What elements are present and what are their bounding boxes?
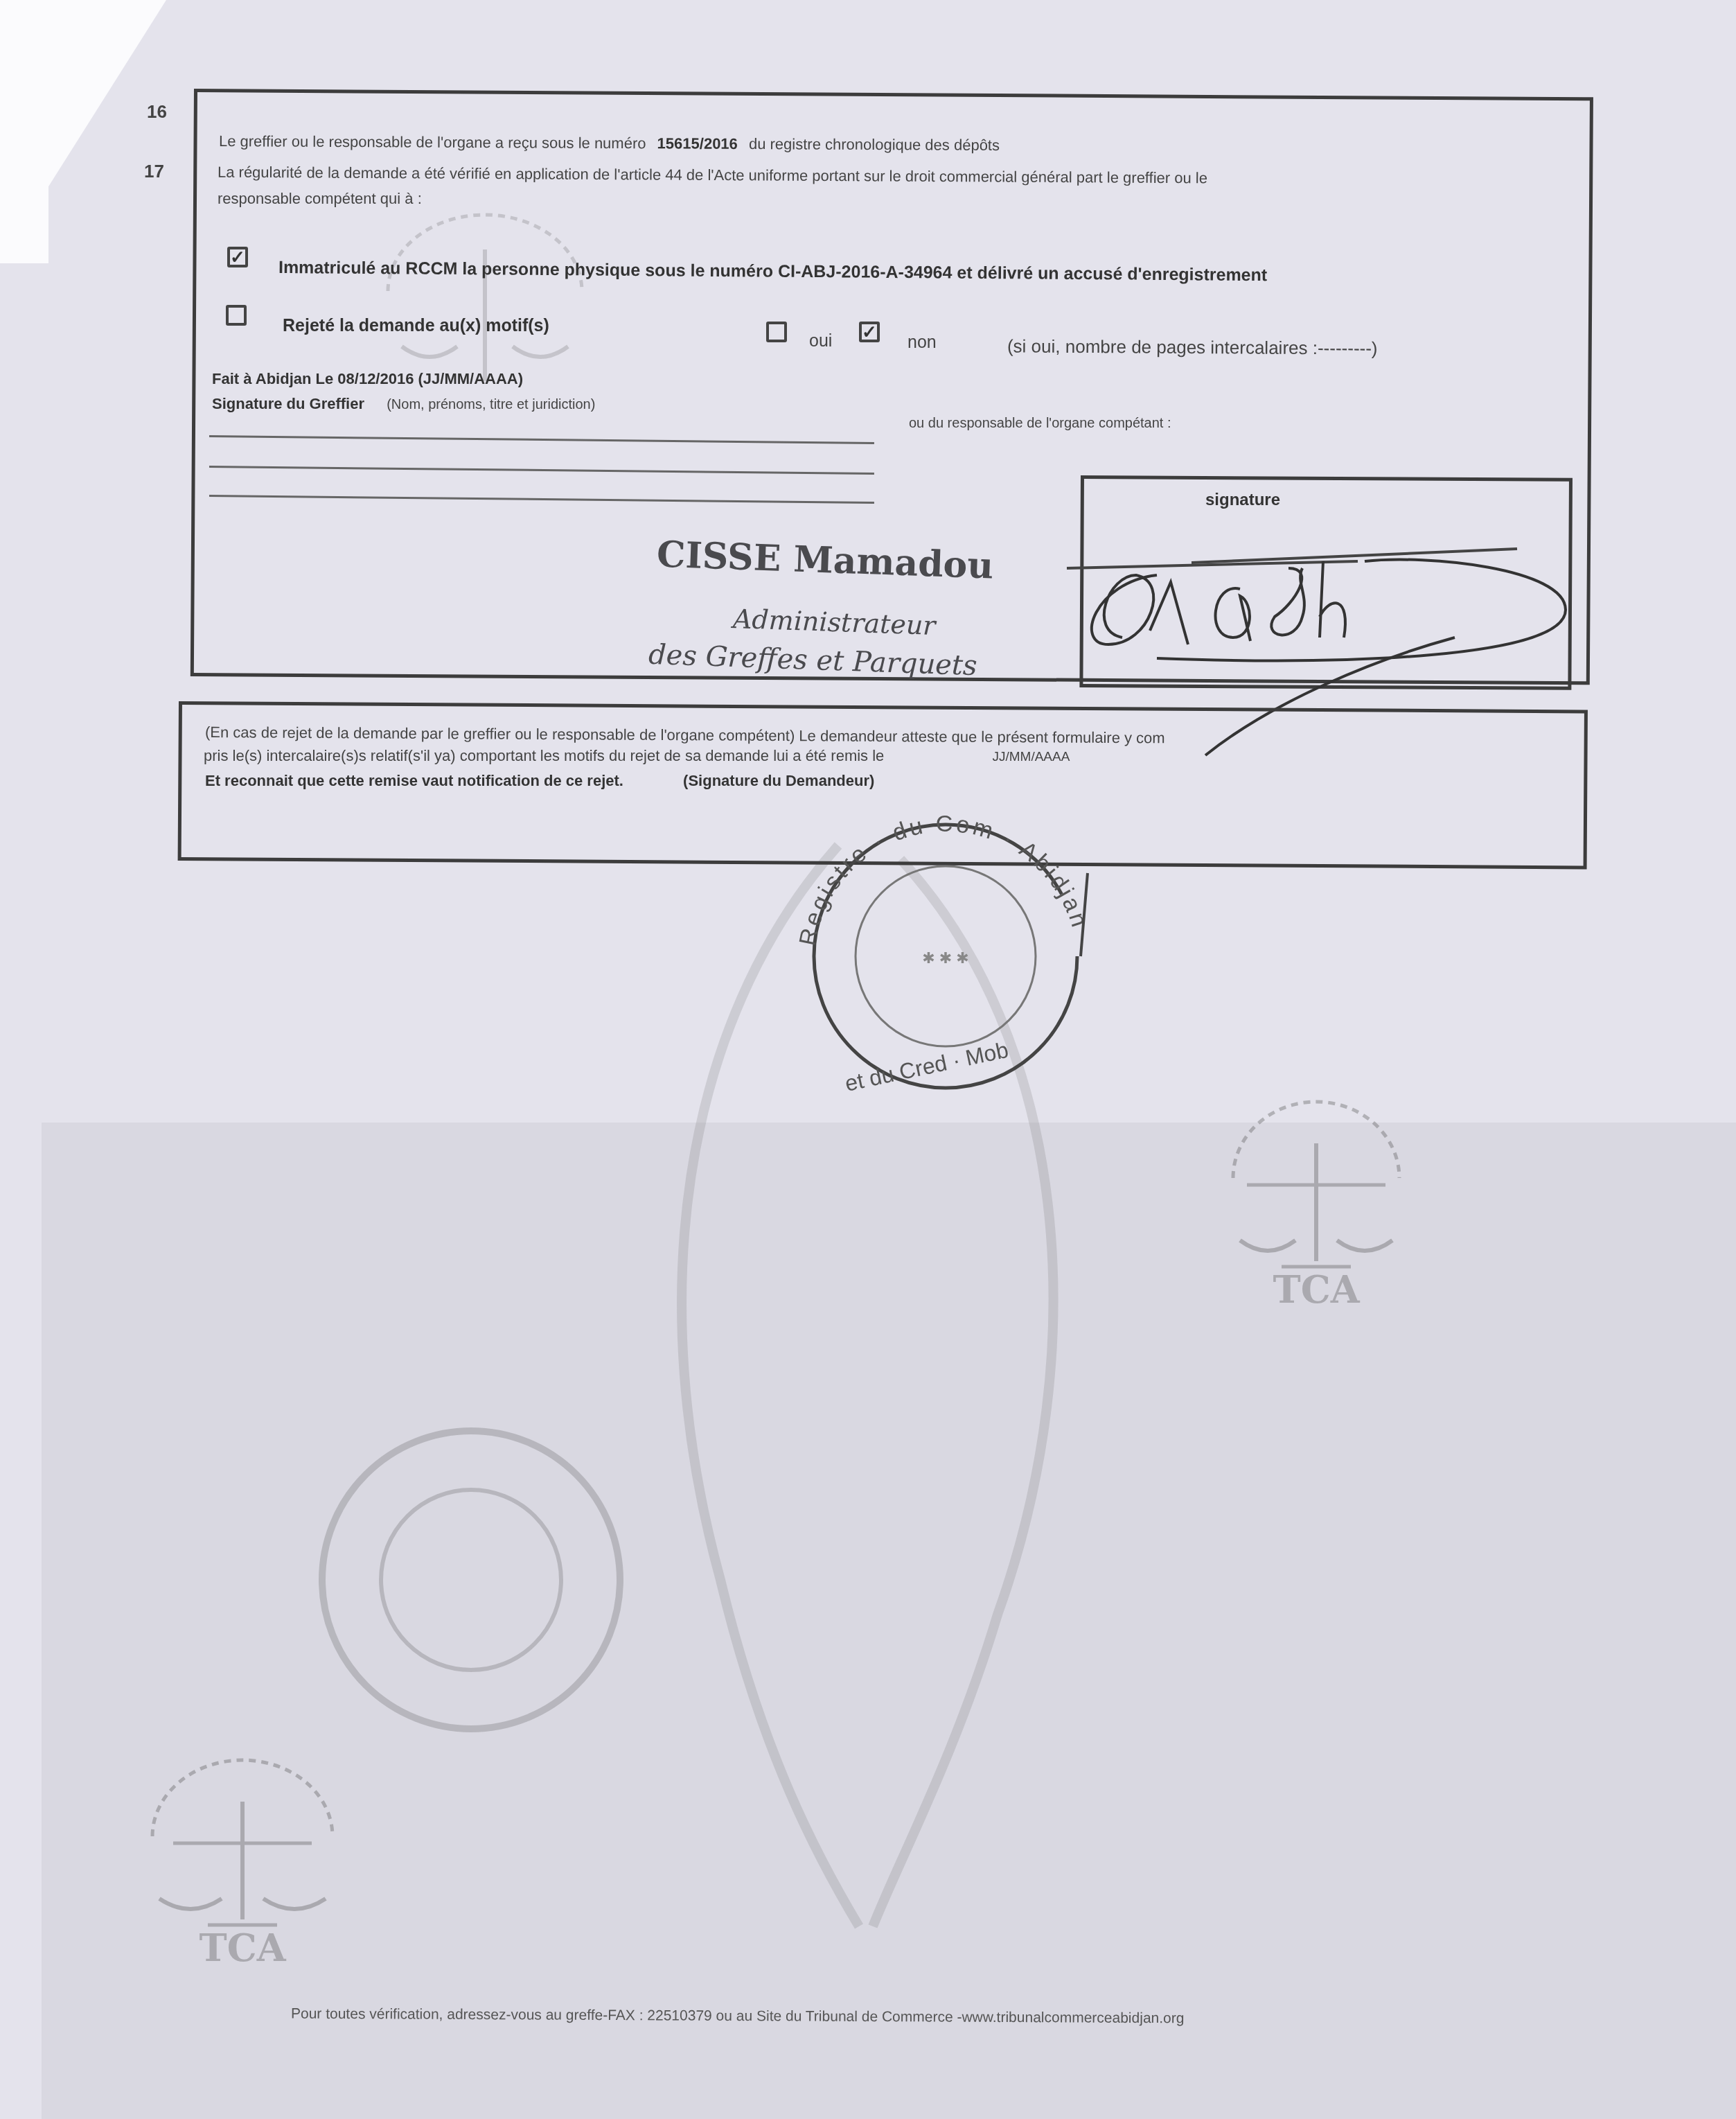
svg-text:TCA: TCA [1273,1267,1360,1312]
tribunal-round-stamp: Registre · du Com · Abidjan et du Cred ·… [762,783,1136,1088]
tca-watermark-stamp: TCA [1205,1102,1427,1310]
signature-box-label: signature [1205,491,1280,510]
non-label: non [907,333,937,353]
greffier-signature-label: Signature du Greffier [212,395,364,412]
rejection-date-format: JJ/MM/AAAA [992,750,1070,764]
folded-corner [0,0,166,263]
row-17-line2: responsable compétent qui à : [218,190,422,208]
svg-text:✱ ✱ ✱: ✱ ✱ ✱ [922,949,969,967]
oui-checkbox[interactable] [766,322,787,342]
rejected-checkbox[interactable] [226,305,247,326]
row-number-17: 17 [144,161,164,182]
svg-text:TCA: TCA [199,1926,286,1970]
rejection-notice-line3-text: Et reconnait que cette remise vaut notif… [205,772,623,789]
row-16-suffix: du registre chronologique des dépôts [749,135,1000,154]
registered-checkbox[interactable]: ✓ [227,247,248,267]
deposit-number: 15615/2016 [657,134,738,152]
responsable-label: ou du responsable de l'organe compétant … [909,416,1171,432]
svg-text:Registre · du Com · Abidjan: Registre · du Com · Abidjan [795,811,1094,948]
greffier-signature-hint: (Nom, prénoms, titre et juridiction) [387,397,595,412]
oui-label: oui [809,331,832,351]
intercalaires-note: (si oui, nombre de pages intercalaires :… [1007,335,1378,359]
rejection-notice-line2: pris le(s) intercalaire(s)s relatif(s'il… [204,747,1070,765]
row-number-16: 16 [147,101,167,123]
rejection-notice-line2-text: pris le(s) intercalaire(s)s relatif(s'il… [204,747,884,764]
rejected-label: Rejeté la demande au(x) motif(s) [283,316,549,336]
greffier-signature-line: Signature du Greffier (Nom, prénoms, tit… [212,395,595,413]
tca-watermark-stamp-lower: TCA [132,1760,353,1968]
place-and-date: Fait à Abidjan Le 08/12/2016 (JJ/MM/AAAA… [212,370,523,388]
row-16-prefix: Le greffier ou le responsable de l'organ… [219,132,646,152]
non-checkbox[interactable]: ✓ [859,322,880,342]
